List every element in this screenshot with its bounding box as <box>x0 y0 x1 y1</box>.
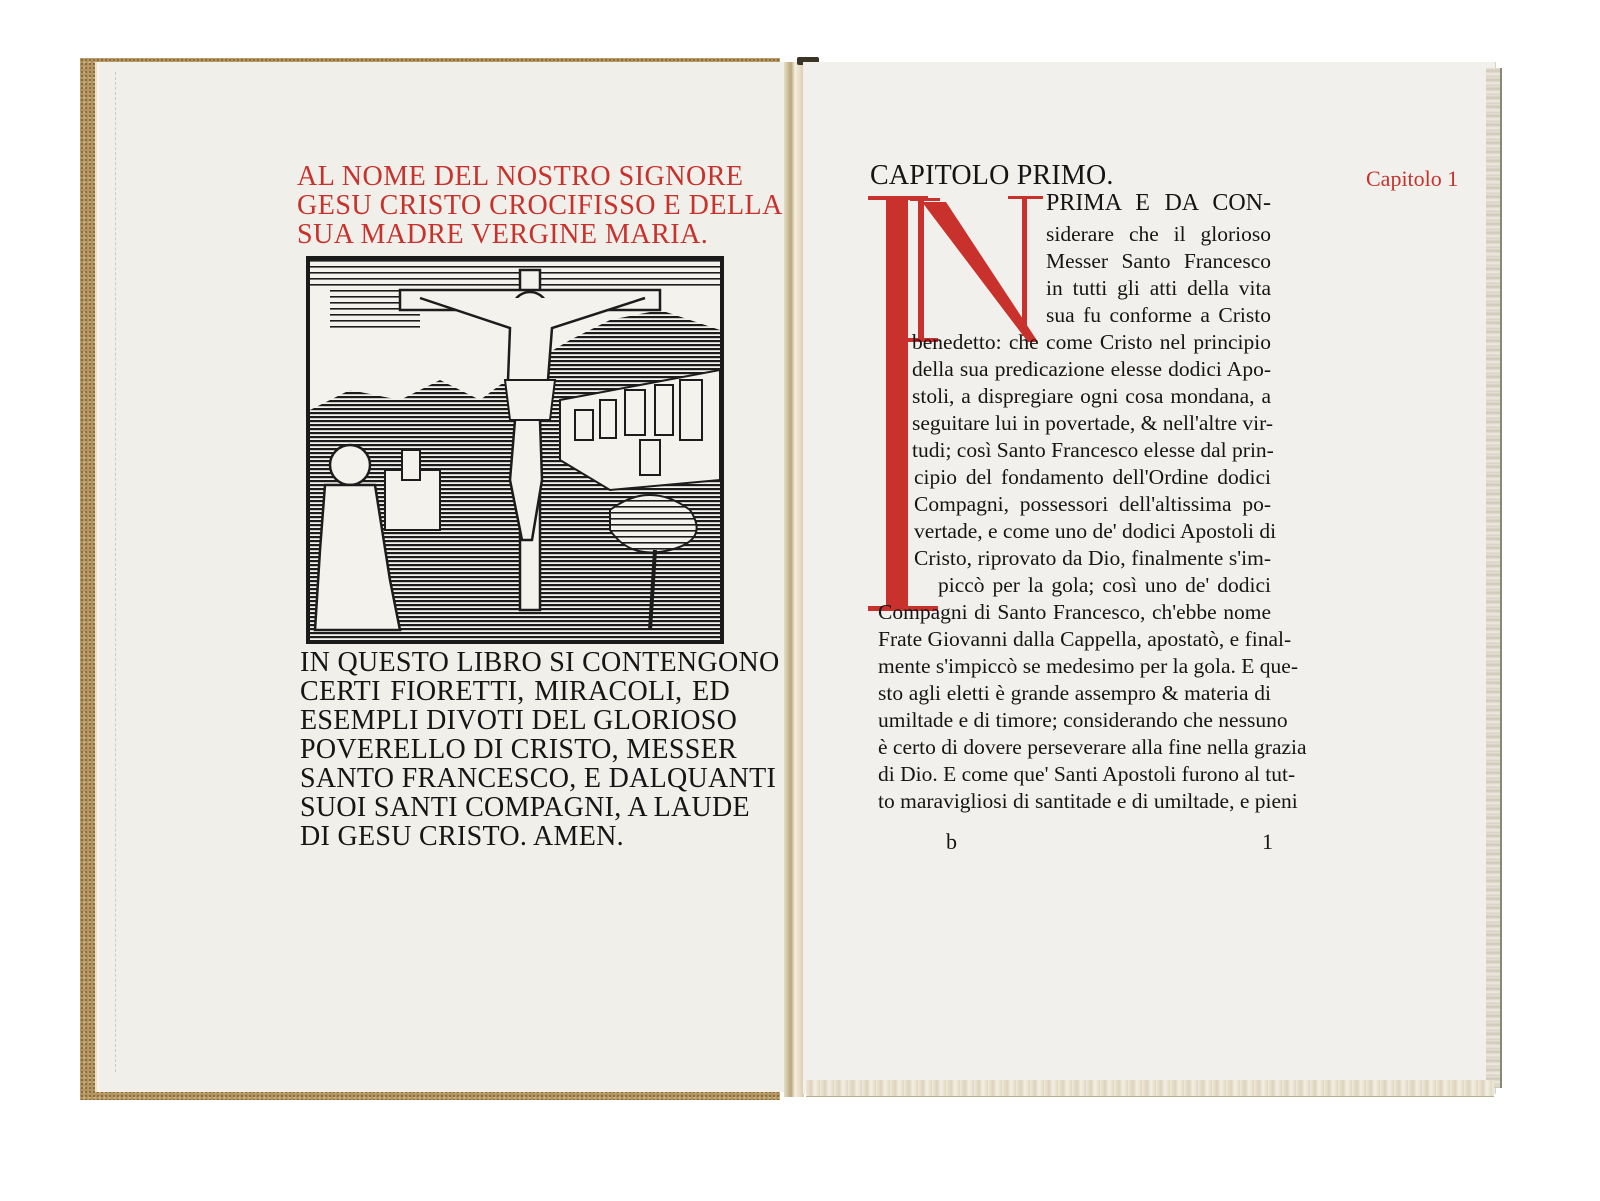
text-line: piccò per la gola; così uno de' dodici <box>938 572 1271 598</box>
text-line: sto agli eletti è grande assempro & mate… <box>878 680 1271 706</box>
text-line: to maravigliosi di santitade e di umilta… <box>878 788 1271 814</box>
page-number: 1 <box>1262 829 1273 855</box>
crucifixion-woodcut-icon <box>310 260 720 640</box>
deckle-edge-right <box>1486 68 1502 1088</box>
incipit-line: ESEMPLI DIVOTI DEL GLORIOSO <box>300 706 730 735</box>
book-spine-gutter <box>784 62 804 1097</box>
text-line: seguitare lui in povertade, & nell'altre… <box>912 410 1271 436</box>
text-line: siderare che il glorioso <box>1046 221 1271 247</box>
running-head: Capitolo 1 <box>1366 166 1458 192</box>
text-line: Messer Santo Francesco <box>1046 248 1271 274</box>
heading-line: AL NOME DEL NOSTRO SIGNORE <box>297 162 727 191</box>
text-line: Compagni di Santo Francesco, ch'ebbe nom… <box>878 599 1271 625</box>
signature-mark: b <box>946 829 957 855</box>
incipit-line: POVERELLO DI CRISTO, MESSER <box>300 735 730 764</box>
heading-line: GESU CRISTO CROCIFISSO E DELLA <box>297 191 727 220</box>
incipit-line: DI GESU CRISTO. AMEN. <box>300 822 730 851</box>
deckle-edge-bottom <box>806 1080 1494 1097</box>
text-line: cipio del fondamento dell'Ordine dodici <box>914 464 1271 490</box>
incipit-line: SUOI SANTI COMPAGNI, A LAUDE <box>300 793 730 822</box>
incipit-text: IN QUESTO LIBRO SI CONTENGONO CERTI FIOR… <box>300 648 730 851</box>
text-line: Cristo, riprovato da Dio, finalmente s'i… <box>914 545 1271 571</box>
text-line: della sua predicazione elesse dodici Apo… <box>912 356 1271 382</box>
text-line: PRIMA E DA CON- <box>1046 190 1271 216</box>
text-line: umiltade e di timore; considerando che n… <box>878 707 1271 733</box>
text-line: stoli, a dispregiare ogni cosa mondana, … <box>912 383 1271 409</box>
text-line: vertade, e come uno de' dodici Apostoli … <box>914 518 1271 544</box>
text-line: è certo di dovere perseverare alla fine … <box>878 734 1271 760</box>
incipit-line: CERTI FIORETTI, MIRACOLI, ED <box>300 677 730 706</box>
text-line: Frate Giovanni dalla Cappella, apostatò,… <box>878 626 1271 652</box>
text-line: di Dio. E come que' Santi Apostoli furon… <box>878 761 1271 787</box>
dedication-heading: AL NOME DEL NOSTRO SIGNORE GESU CRISTO C… <box>297 162 727 249</box>
chapter-title: CAPITOLO PRIMO. <box>870 160 1114 192</box>
woodcut-illustration <box>306 256 724 644</box>
text-line: in tutti gli atti della vita <box>1046 275 1271 301</box>
text-line: Compagni, possessori dell'altissima po- <box>914 491 1271 517</box>
heading-line: SUA MADRE VERGINE MARIA. <box>297 220 727 249</box>
incipit-line: SANTO FRANCESCO, E DALQUANTI <box>300 764 730 793</box>
text-line: tudi; così Santo Francesco elesse dal pr… <box>912 437 1271 463</box>
text-line: benedetto: che come Cristo nel principio <box>912 329 1271 355</box>
text-line: sua fu conforme a Cristo <box>1046 302 1271 328</box>
text-line: mente s'impiccò se medesimo per la gola.… <box>878 653 1271 679</box>
incipit-line: IN QUESTO LIBRO SI CONTENGONO <box>300 648 730 677</box>
